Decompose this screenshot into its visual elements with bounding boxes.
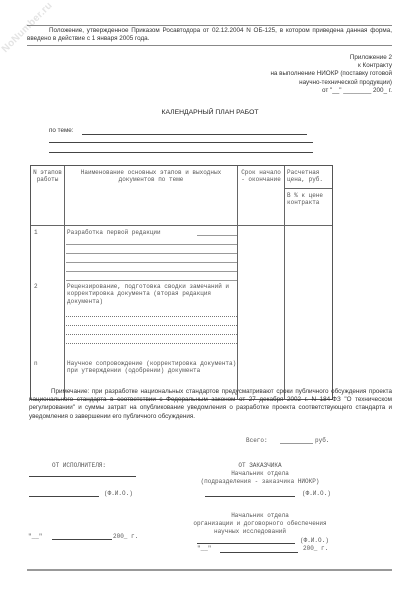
header-price: Расчетная цена, руб.	[287, 169, 333, 184]
row-1-num: 1	[34, 229, 38, 236]
preamble-divider	[27, 45, 392, 46]
executor-date-day: "__"	[28, 533, 42, 540]
customer-role2-line3: научных исследований	[170, 528, 330, 535]
header-name: Наименование основных этапов и выходных …	[71, 169, 231, 184]
page-title: КАЛЕНДАРНЫЙ ПЛАН РАБОТ	[0, 109, 420, 117]
row-1-name: Разработка первой редакции	[67, 229, 197, 236]
calendar-plan-table: N этапов работы Наименование основных эт…	[30, 165, 333, 400]
total-amount-field[interactable]	[280, 443, 313, 444]
customer-date-day: "__"	[197, 545, 211, 552]
customer-fio2: (Ф.И.О.)	[300, 537, 329, 544]
topic-line-1[interactable]	[82, 134, 307, 135]
appendix-line: от "__" ________ 200_ г.	[200, 87, 392, 95]
executor-sign-line[interactable]	[29, 496, 99, 497]
bottom-divider	[27, 569, 392, 571]
header-percent: В % к цене контракта	[287, 192, 333, 207]
executor-position-line[interactable]	[29, 476, 136, 477]
appendix-line: на выполнение НИОКР (поставку готовой	[200, 70, 392, 78]
topic-line-2[interactable]	[49, 142, 313, 143]
customer-fio1: (Ф.И.О.)	[302, 490, 331, 497]
topic-line-3[interactable]	[49, 152, 313, 153]
executor-title: ОТ ИСПОЛНИТЕЛЯ:	[52, 462, 106, 469]
executor-date-year: 200_ г.	[113, 533, 138, 540]
customer-sign-line-1[interactable]	[205, 496, 295, 497]
appendix-line: Приложение 2	[200, 54, 392, 62]
header-num: N этапов работы	[32, 169, 63, 184]
header-term: Срок начало - окончание	[238, 169, 284, 184]
preamble-text: Положение, утвержденное Приказом Росавто…	[27, 27, 392, 43]
customer-title: ОТ ЗАКАЗЧИКА	[180, 462, 340, 469]
executor-date-line[interactable]	[52, 539, 112, 540]
customer-role1: Начальник отдела	[180, 470, 340, 477]
topic-label: по теме:	[49, 127, 74, 135]
customer-sign-line-2[interactable]	[197, 543, 295, 544]
total-unit: руб.	[315, 437, 329, 444]
executor-fio: (Ф.И.О.)	[104, 490, 133, 497]
appendix-line: научно-технической продукции)	[200, 79, 392, 87]
row-n-num: n	[34, 360, 38, 367]
top-divider	[27, 25, 392, 26]
customer-role2-line1: Начальник отдела	[170, 512, 350, 519]
customer-date-line[interactable]	[220, 552, 298, 553]
row-2-num: 2	[34, 283, 38, 290]
note-text: Примечание: при разработке национальных …	[29, 388, 392, 421]
row-n-name: Научное сопровождение (корректировка док…	[67, 360, 237, 375]
customer-role2-line2: организации и договорного обеспечения	[160, 520, 360, 527]
customer-date-year: 200_ г.	[303, 545, 328, 552]
appendix-block: Приложение 2 к Контракту на выполнение Н…	[200, 54, 392, 95]
row-2-name: Рецензирование, подготовка сводки замеча…	[67, 283, 237, 305]
total-label: Всего:	[246, 437, 268, 444]
customer-role1-sub: (подразделения - заказчика НИОКР)	[170, 478, 350, 485]
